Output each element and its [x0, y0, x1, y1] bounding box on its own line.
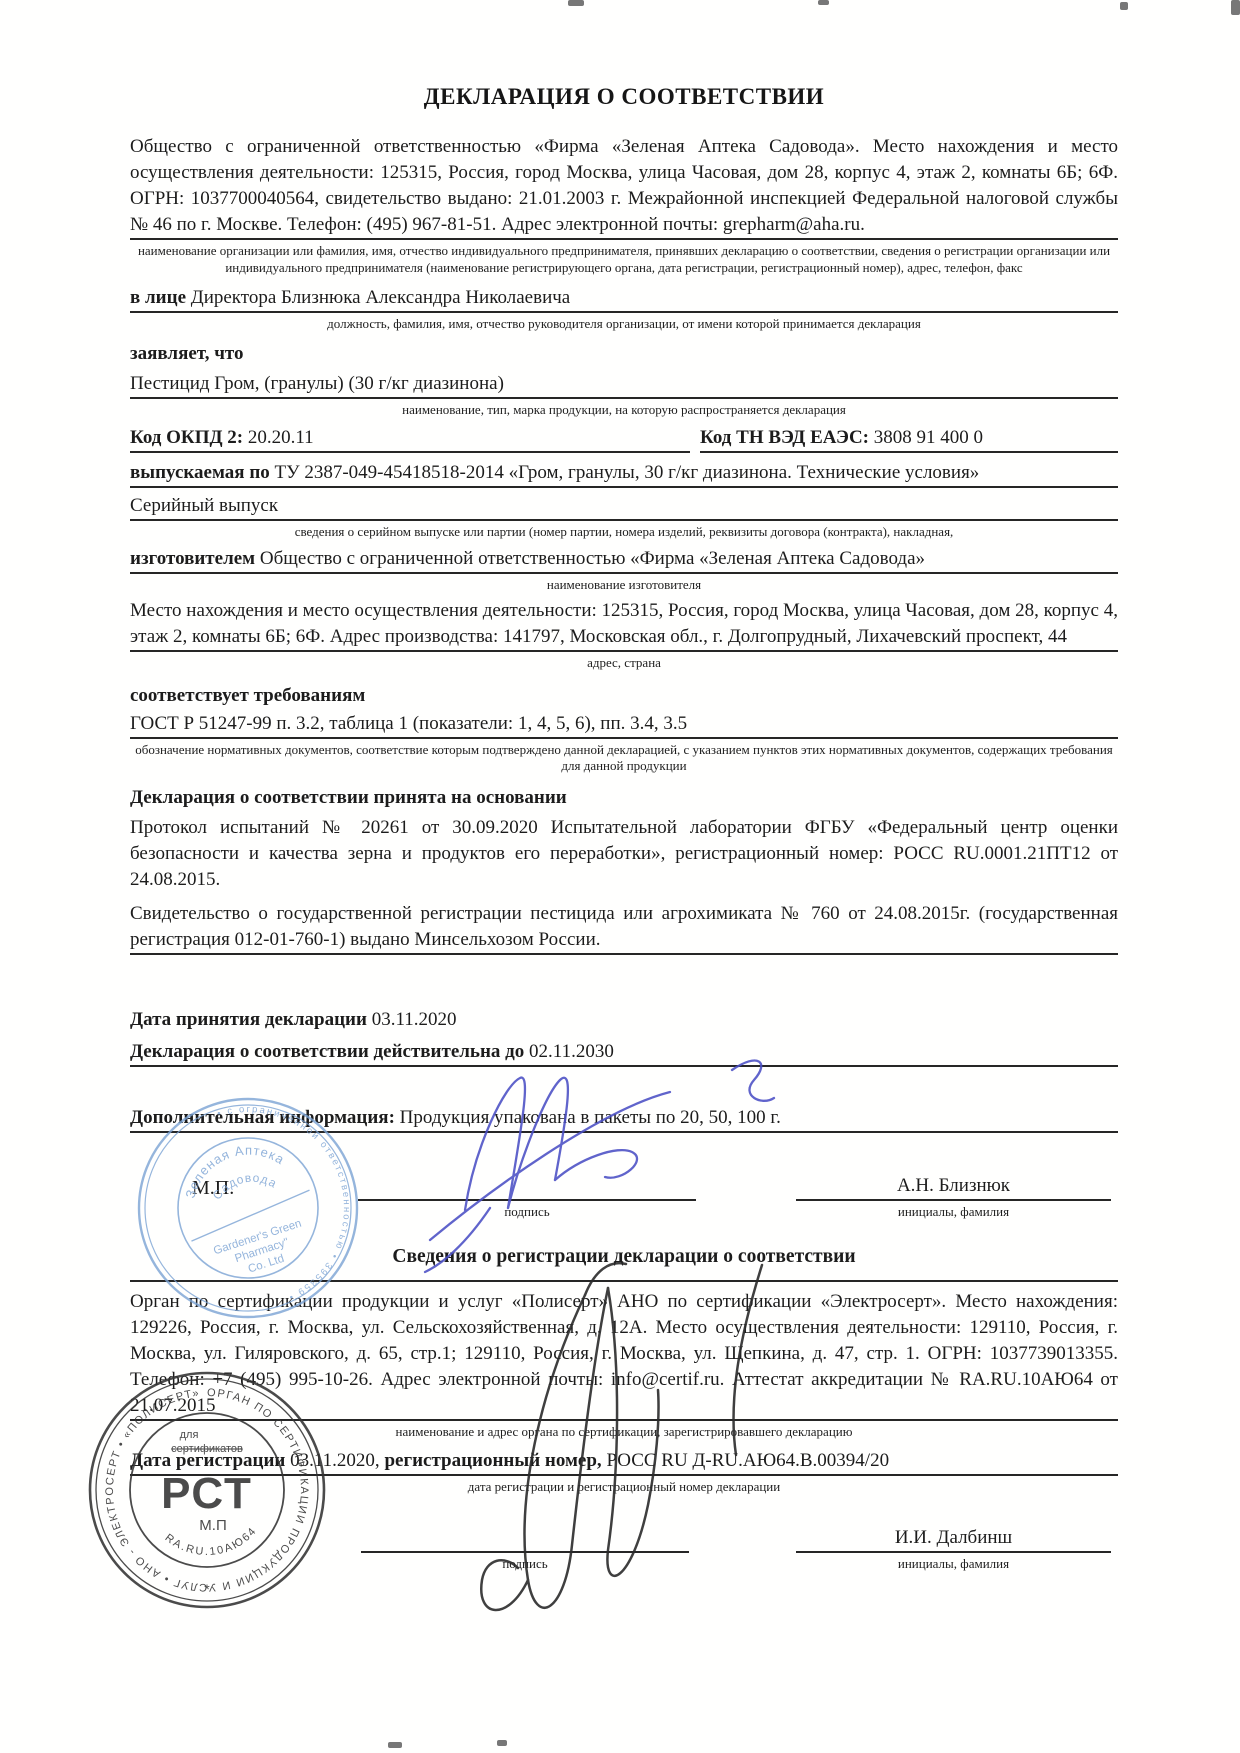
- adoption-date-line: Дата принятия декларации 03.11.2020: [130, 1007, 1118, 1033]
- okpd-code: Код ОКПД 2: 20.20.11: [130, 425, 690, 453]
- product-name: Пестицид Гром, (гранулы) (30 г/кг диазин…: [130, 371, 1118, 399]
- signature-area-registrar: подпись: [361, 1511, 689, 1573]
- declarant-paragraph: Общество с ограниченной ответственностью…: [130, 134, 1118, 240]
- declaration-document: ДЕКЛАРАЦИЯ О СООТВЕТСТВИИ Общество с огр…: [0, 0, 1240, 1753]
- manufacturer-address-caption: адрес, страна: [130, 655, 1118, 672]
- registration-date-label: Дата регистрации: [130, 1450, 290, 1471]
- tnved-label: Код ТН ВЭД ЕАЭС:: [700, 427, 874, 448]
- document-body: ДЕКЛАРАЦИЯ О СООТВЕТСТВИИ Общество с огр…: [130, 84, 1118, 1573]
- registration-date-value: 03.11.2020,: [290, 1450, 384, 1471]
- representative-value: Директора Близнюка Александра Николаевич…: [191, 287, 570, 308]
- manufacturer-name: Общество с ограниченной ответственностью…: [260, 548, 925, 569]
- adoption-date-label: Дата принятия декларации: [130, 1009, 372, 1030]
- declarant-caption: наименование организации или фамилия, им…: [130, 243, 1118, 276]
- registration-heading: Сведения о регистрации декларации о соот…: [130, 1246, 1118, 1268]
- declarant-name: Общество с ограниченной ответственностью…: [130, 136, 860, 157]
- stamp-star: *: [204, 1581, 210, 1597]
- signature-line: [361, 1511, 689, 1553]
- basis-heading: Декларация о соответствии принята на осн…: [130, 785, 1118, 811]
- representative-caption: должность, фамилия, имя, отчество руково…: [130, 316, 1118, 333]
- conformity-heading: соответствует требованиям: [130, 683, 1118, 709]
- section-divider: [130, 1280, 1118, 1282]
- name-caption: инициалы, фамилия: [796, 1204, 1111, 1221]
- manufacturer-prefix: изготовителем: [130, 548, 260, 569]
- signature-area-declarant: подпись: [358, 1147, 696, 1221]
- okpd-value: 20.20.11: [248, 427, 314, 448]
- serial-caption: сведения о серийном выпуске или партии (…: [130, 524, 1118, 541]
- signature-caption: подпись: [358, 1204, 696, 1221]
- registrar-signer-name: И.И. Далбинш: [796, 1525, 1111, 1553]
- valid-until-value: 02.11.2030: [529, 1041, 614, 1062]
- declarant-email: Адрес электронной почты: grepharm@aha.ru…: [501, 214, 865, 235]
- registration-number-value: РОСС RU Д-RU.АЮ64.В.00394/20: [606, 1450, 889, 1471]
- product-codes-row: Код ОКПД 2: 20.20.11 Код ТН ВЭД ЕАЭС: 38…: [130, 425, 1118, 453]
- registration-body: Орган по сертификации продукции и услуг …: [130, 1289, 1118, 1421]
- tnved-value: 3808 91 400 0: [874, 427, 983, 448]
- signature-line: [358, 1147, 696, 1201]
- scan-artifact: [388, 1742, 402, 1748]
- serial-line: Серийный выпуск: [130, 493, 1118, 521]
- tu-line: выпускаемая по ТУ 2387-049-45418518-2014…: [130, 460, 1118, 488]
- registration-date-line: Дата регистрации 03.11.2020, регистрацио…: [130, 1448, 1118, 1476]
- okpd-label: Код ОКПД 2:: [130, 427, 248, 448]
- additional-info-value: Продукция упакована в пакеты по 20, 50, …: [400, 1107, 781, 1128]
- basis-certificate: Свидетельство о государственной регистра…: [130, 901, 1118, 955]
- scan-artifact: [497, 1740, 507, 1746]
- declares-label: заявляет, что: [130, 341, 1118, 367]
- name-area-declarant: А.Н. Близнюк инициалы, фамилия: [796, 1173, 1111, 1221]
- basis-protocol: Протокол испытаний № 20261 от 30.09.2020…: [130, 815, 1118, 893]
- tnved-code: Код ТН ВЭД ЕАЭС: 3808 91 400 0: [700, 425, 1118, 453]
- additional-info-label: Дополнительная информация:: [130, 1107, 400, 1128]
- name-area-registrar: И.И. Далбинш инициалы, фамилия: [796, 1525, 1111, 1573]
- registration-date-caption: дата регистрации и регистрационный номер…: [130, 1479, 1118, 1496]
- tu-value: ТУ 2387-049-45418518-2014 «Гром, гранулы…: [275, 462, 980, 483]
- scan-artifact: [568, 0, 584, 6]
- mp-label: М.П.: [130, 1177, 358, 1220]
- manufacturer-caption: наименование изготовителя: [130, 577, 1118, 594]
- signature-row-declarant: М.П. подпись А.Н. Близнюк инициалы, фами…: [130, 1147, 1118, 1221]
- manufacturer-line: изготовителем Общество с ограниченной от…: [130, 546, 1118, 574]
- product-caption: наименование, тип, марка продукции, на к…: [130, 402, 1118, 419]
- representative-line: в лице Директора Близнюка Александра Ник…: [130, 285, 1118, 313]
- declarant-signer-name: А.Н. Близнюк: [796, 1173, 1111, 1201]
- name-caption: инициалы, фамилия: [796, 1556, 1111, 1573]
- scan-artifact: [1120, 2, 1128, 10]
- scan-artifact: [818, 0, 829, 5]
- additional-info-line: Дополнительная информация: Продукция упа…: [130, 1105, 1118, 1133]
- representative-prefix: в лице: [130, 287, 191, 308]
- scan-artifact: [1231, 0, 1240, 15]
- signature-row-registrar: подпись И.И. Далбинш инициалы, фамилия: [130, 1511, 1118, 1573]
- signature-caption: подпись: [361, 1556, 689, 1573]
- adoption-date-value: 03.11.2020: [372, 1009, 457, 1030]
- manufacturer-address: Место нахождения и место осуществления д…: [130, 598, 1118, 652]
- valid-until-line: Декларация о соответствии действительна …: [130, 1039, 1118, 1067]
- valid-until-label: Декларация о соответствии действительна …: [130, 1041, 529, 1062]
- registration-caption: наименование и адрес органа по сертифика…: [130, 1424, 1118, 1441]
- page-title: ДЕКЛАРАЦИЯ О СООТВЕТСТВИИ: [130, 84, 1118, 110]
- tu-prefix: выпускаемая по: [130, 462, 275, 483]
- registration-number-label: регистрационный номер,: [384, 1450, 606, 1471]
- conformity-caption: обозначение нормативных документов, соот…: [130, 742, 1118, 775]
- conformity-standard: ГОСТ Р 51247-99 п. 3.2, таблица 1 (показ…: [130, 711, 1118, 739]
